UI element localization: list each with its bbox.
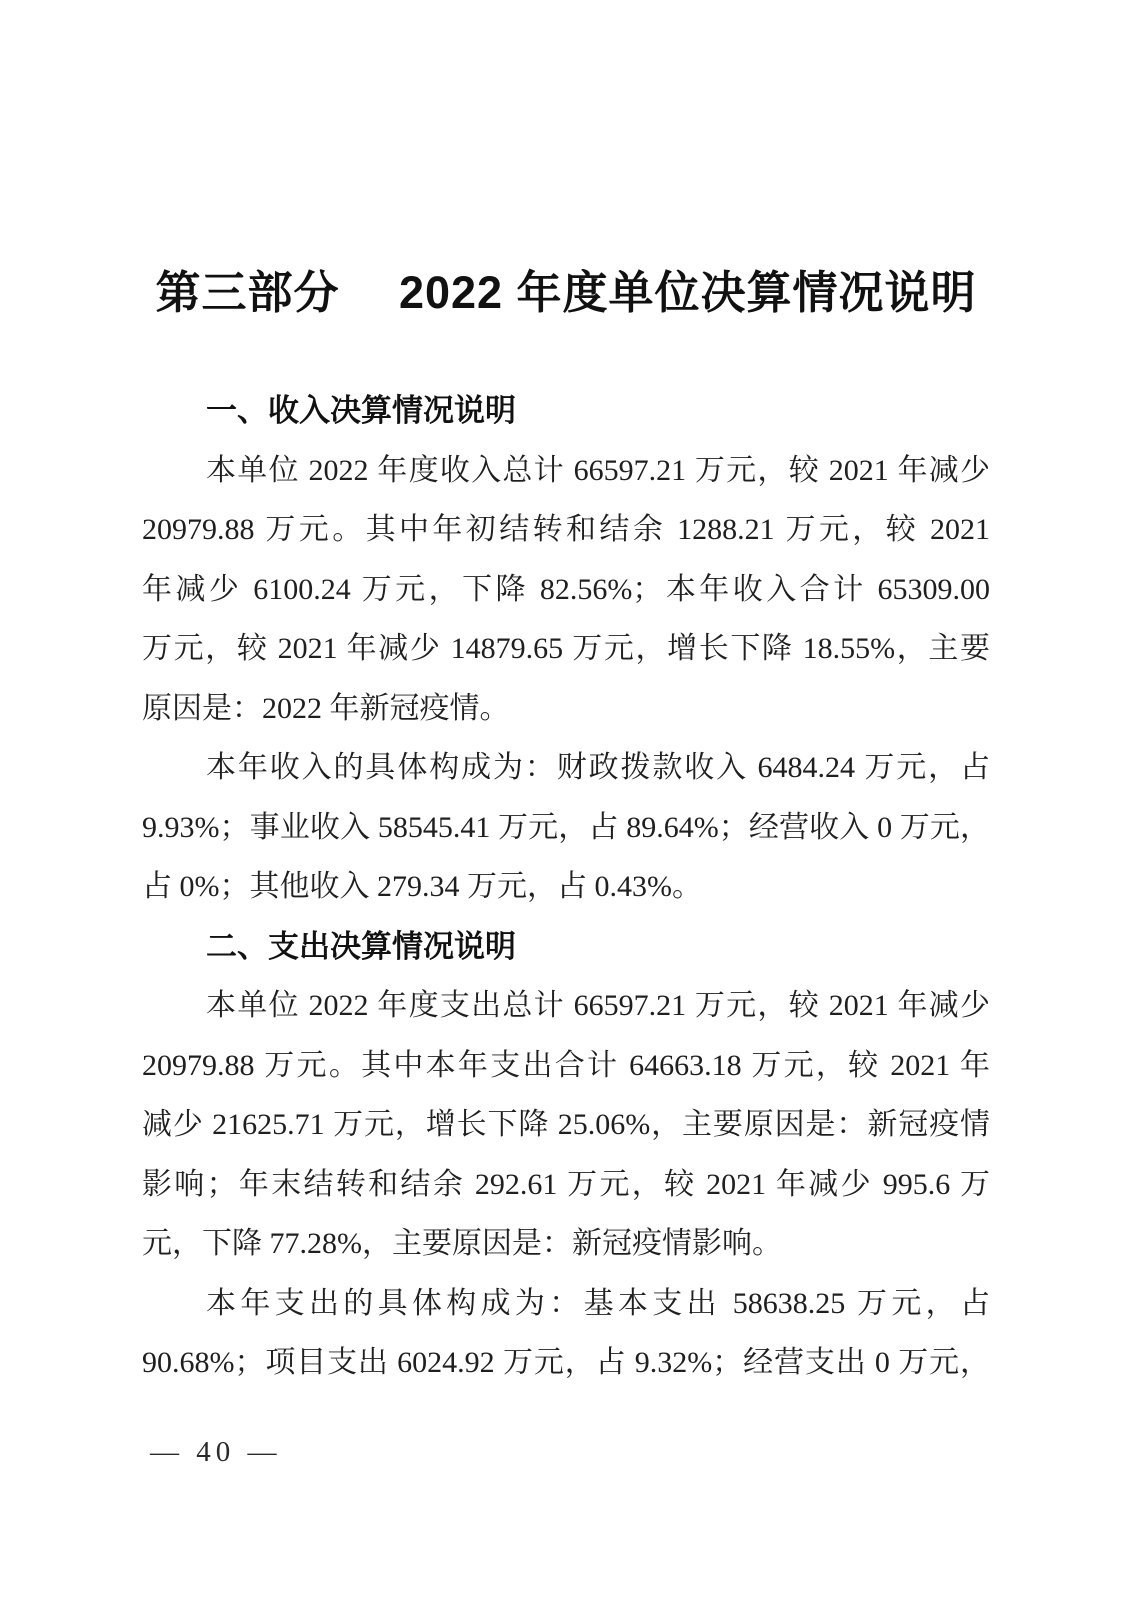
document-body: 一、收入决算情况说明 本单位 2022 年度收入总计 66597.21 万元，较… xyxy=(142,381,990,1393)
paragraph-line: 原因是：2022 年新冠疫情。 xyxy=(142,679,990,739)
paragraph-income-composition: 本年收入的具体构成为：财政拨款收入 6484.24 万元，占 9.93%；事业收… xyxy=(142,738,990,917)
section-heading-expenditure: 二、支出决算情况说明 xyxy=(142,917,990,977)
paragraph-line: 20979.88 万元。其中本年支出合计 64663.18 万元，较 2021 … xyxy=(142,1036,990,1096)
page-number: — 40 — xyxy=(150,1436,282,1469)
paragraph-line: 占 0%；其他收入 279.34 万元，占 0.43%。 xyxy=(142,857,990,917)
paragraph-line: 万元，较 2021 年减少 14879.65 万元，增长下降 18.55%，主要 xyxy=(142,619,990,679)
paragraph-line: 本年支出的具体构成为：基本支出 58638.25 万元，占 xyxy=(142,1274,990,1334)
paragraph-income-summary: 本单位 2022 年度收入总计 66597.21 万元，较 2021 年减少 2… xyxy=(142,441,990,739)
paragraph-expenditure-summary: 本单位 2022 年度支出总计 66597.21 万元，较 2021 年减少 2… xyxy=(142,976,990,1274)
document-page: 第三部分 2022 年度单位决算情况说明 一、收入决算情况说明 本单位 2022… xyxy=(0,0,1132,1600)
paragraph-line: 20979.88 万元。其中年初结转和结余 1288.21 万元，较 2021 xyxy=(142,500,990,560)
paragraph-line: 本年收入的具体构成为：财政拨款收入 6484.24 万元，占 xyxy=(142,738,990,798)
paragraph-line: 本单位 2022 年度收入总计 66597.21 万元，较 2021 年减少 xyxy=(142,441,990,501)
paragraph-line: 年减少 6100.24 万元，下降 82.56%；本年收入合计 65309.00 xyxy=(142,560,990,620)
paragraph-line: 90.68%；项目支出 6024.92 万元，占 9.32%；经营支出 0 万元… xyxy=(142,1333,990,1393)
paragraph-line: 减少 21625.71 万元，增长下降 25.06%，主要原因是：新冠疫情 xyxy=(142,1095,990,1155)
section-heading-income: 一、收入决算情况说明 xyxy=(142,381,990,441)
paragraph-line: 本单位 2022 年度支出总计 66597.21 万元，较 2021 年减少 xyxy=(142,976,990,1036)
paragraph-line: 影响；年末结转和结余 292.61 万元，较 2021 年减少 995.6 万 xyxy=(142,1155,990,1215)
paragraph-line: 9.93%；事业收入 58545.41 万元，占 89.64%；经营收入 0 万… xyxy=(142,798,990,858)
page-title: 第三部分 2022 年度单位决算情况说明 xyxy=(0,0,1132,321)
paragraph-expenditure-composition: 本年支出的具体构成为：基本支出 58638.25 万元，占 90.68%；项目支… xyxy=(142,1274,990,1393)
paragraph-line: 元，下降 77.28%，主要原因是：新冠疫情影响。 xyxy=(142,1214,990,1274)
